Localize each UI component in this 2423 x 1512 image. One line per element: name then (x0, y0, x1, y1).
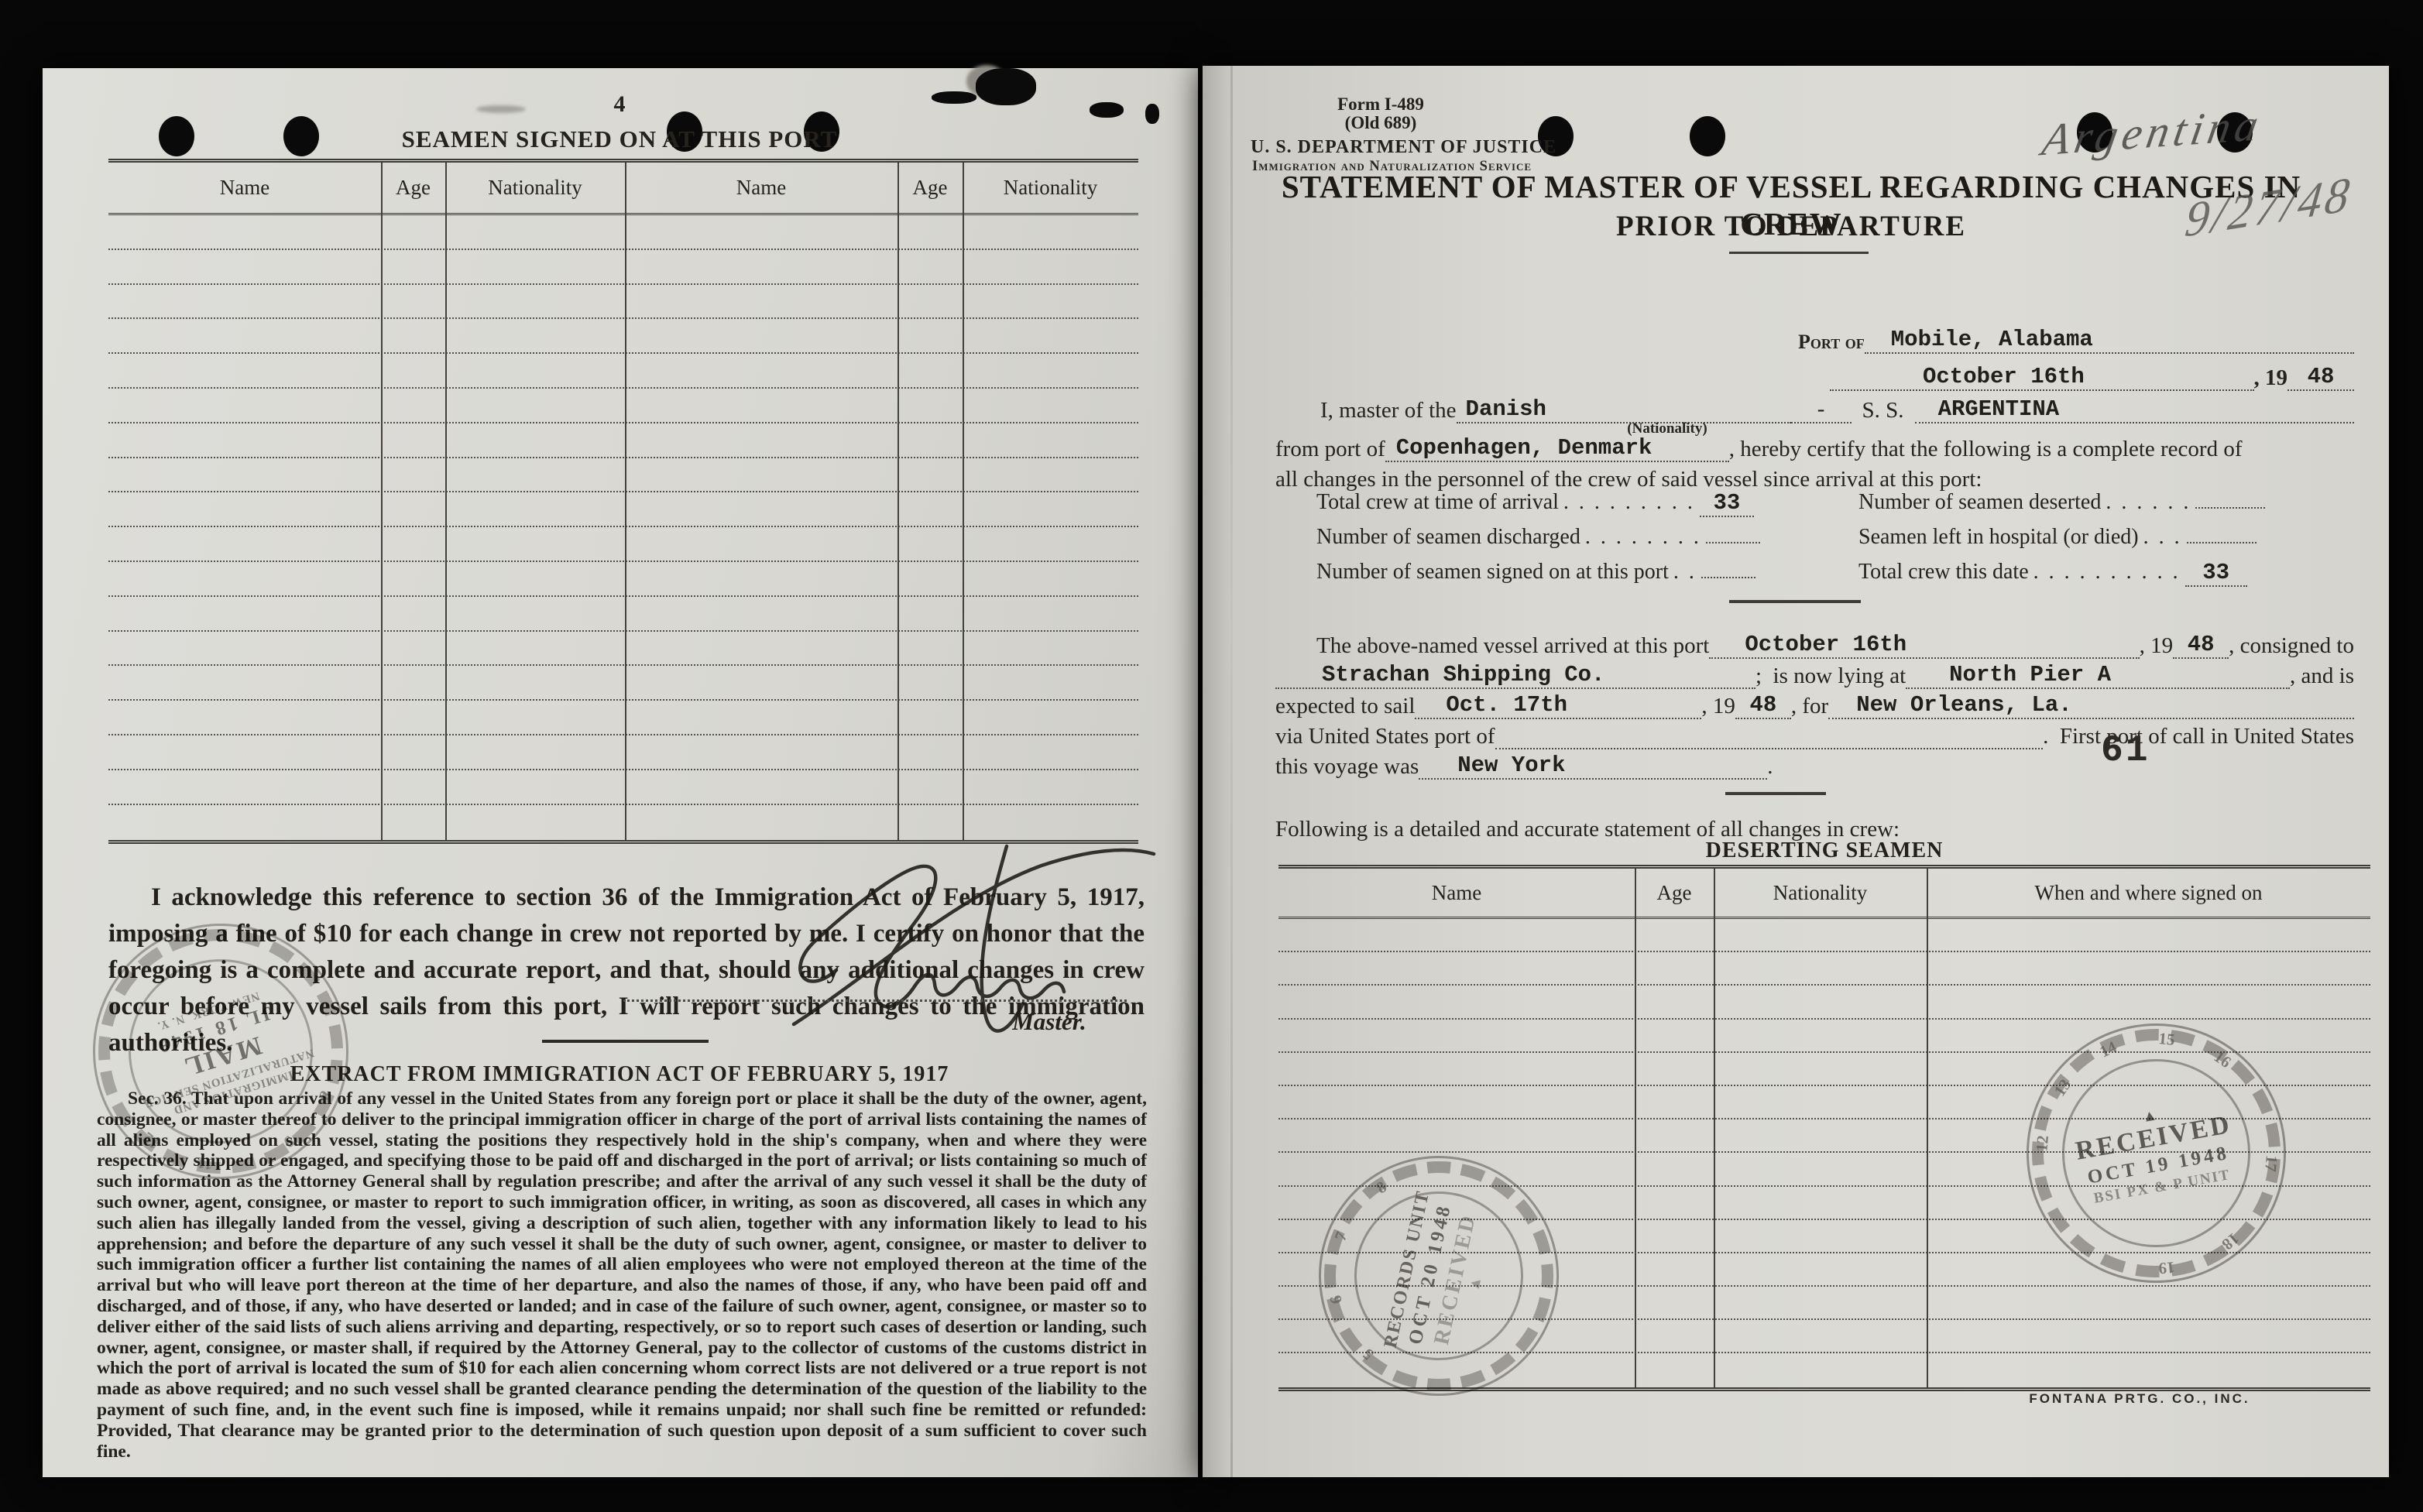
stat-value (1706, 542, 1760, 543)
column-header-name: Name (108, 176, 381, 200)
year-field: 48 (2287, 364, 2354, 391)
section-divider (1729, 600, 1861, 603)
title-divider (1729, 252, 1869, 254)
form-number-line2: (Old 689) (1296, 114, 1466, 132)
leader-dots: . . . . . . . . (1585, 525, 1701, 550)
ss-label: S. S. (1852, 398, 1915, 423)
from-port-label: from port of (1275, 437, 1385, 462)
dial-number: 12 (2032, 1134, 2053, 1152)
arrival-suffix: , consigned to (2229, 633, 2354, 659)
signature-line (623, 999, 1127, 1002)
stamp-arrow-icon: ▲ (2141, 1109, 2158, 1123)
from-port-line: from port of Copenhagen, Denmark , hereb… (1275, 430, 2354, 462)
master-label: Master. (933, 1008, 1165, 1036)
lying-at-label: ; is now lying at (1755, 663, 1906, 689)
crew-statistics: Total crew at time of arrival . . . . . … (1316, 490, 2294, 595)
empty-table-row (108, 770, 1138, 805)
column-header-name: Name (1278, 881, 1635, 905)
stat-signed-on: Number of seamen signed on at this port … (1316, 560, 1816, 595)
empty-table-row (108, 285, 1138, 320)
year-field: 48 (1735, 692, 1791, 719)
table-body (108, 215, 1138, 839)
empty-table-row (1278, 986, 2370, 1019)
arrival-line-5: this voyage was New York . (1275, 749, 1895, 780)
page-fold-crease (1230, 66, 1233, 1477)
form-title-line2: PRIOR TO DEPARTURE (1234, 210, 2349, 243)
year-label: , 19 (2254, 365, 2288, 391)
empty-table-row (108, 354, 1138, 389)
page-number: 4 (89, 91, 1150, 118)
column-header-signed-on: When and where signed on (1927, 881, 2370, 905)
column-divider (1635, 869, 1636, 1387)
stat-value: 33 (1700, 490, 1754, 517)
empty-table-row (108, 666, 1138, 701)
stat-value (2187, 542, 2257, 543)
master-line: I, master of the Danish - S. S. ARGENTIN… (1320, 391, 2354, 423)
port-label: Port of (1798, 331, 1865, 354)
stat-label: Seamen left in hospital (or died) (1858, 525, 2139, 550)
leader-dots: . . . . . . . . . . (2033, 560, 2181, 585)
year-label: , 19 (1701, 694, 1735, 719)
stat-value (2195, 507, 2265, 509)
arrival-line-2: Strachan Shipping Co. ; is now lying at … (1275, 658, 2354, 689)
port-field: Mobile, Alabama (1865, 327, 2354, 354)
stat-label: Total crew this date (1858, 560, 2029, 585)
stat-deserted: Number of seamen deserted . . . . . . (1858, 490, 2294, 525)
sail-label: expected to sail (1275, 694, 1415, 719)
leader-dots: . . . (2143, 525, 2182, 550)
nationality-field: Danish (1457, 396, 1791, 423)
port-line: Port of Mobile, Alabama (1798, 321, 2354, 354)
year-field: 48 (2173, 632, 2229, 659)
stamp-arrow-icon: ▲ (1468, 1275, 1482, 1292)
column-header-nationality: Nationality (1714, 881, 1927, 905)
stamped-voyage-number: 61 (2101, 730, 2150, 772)
dash: - (1791, 396, 1852, 423)
seamen-signed-table: Name Age Nationality Name Age Nationalit… (108, 159, 1138, 844)
master-prefix: I, master of the (1320, 398, 1457, 423)
stat-label: Total crew at time of arrival (1316, 490, 1559, 515)
year-label: , 19 (2140, 633, 2174, 659)
dial-number: 17 (2260, 1154, 2281, 1172)
dial-number: 11 (196, 1153, 214, 1174)
vessel-field: ARGENTINA (1915, 396, 2354, 423)
stat-total-arrival: Total crew at time of arrival . . . . . … (1316, 490, 1816, 525)
column-divider (625, 163, 626, 840)
leader-dots: . . . . . . (2106, 490, 2191, 515)
date-line: October 16th , 19 48 (1830, 358, 2354, 391)
column-header-age: Age (897, 176, 963, 200)
column-divider (963, 163, 964, 840)
arrival-suffix: , and is (2290, 663, 2354, 689)
empty-table-row (108, 632, 1138, 667)
empty-table-row (108, 562, 1138, 597)
dial-number: 15 (2157, 1029, 2175, 1050)
from-port-field: Copenhagen, Denmark (1385, 435, 1729, 462)
section-divider (1725, 792, 1826, 795)
empty-table-row (1278, 952, 2370, 986)
empty-table-row (108, 215, 1138, 250)
empty-table-row (108, 250, 1138, 285)
stat-value (1701, 577, 1755, 578)
empty-table-row (108, 423, 1138, 458)
empty-table-row (108, 735, 1138, 770)
column-divider (1927, 869, 1928, 1387)
stat-hospital: Seamen left in hospital (or died) . . . (1858, 525, 2294, 560)
empty-table-row (108, 805, 1138, 840)
arrival-date-field: October 16th (1709, 632, 2139, 659)
empty-table-row (108, 701, 1138, 735)
voyage-label: this voyage was (1275, 754, 1419, 780)
from-port-suffix: , hereby certify that the following is a… (1729, 437, 2243, 462)
form-number-line1: Form I-489 (1296, 95, 1466, 114)
stat-label: Number of seamen deserted (1858, 490, 2101, 515)
right-page: Form I-489 (Old 689) U. S. DEPARTMENT OF… (1203, 66, 2389, 1477)
arrival-line-3: expected to sail Oct. 17th , 19 48 , for… (1275, 688, 2354, 719)
certify-text: all changes in the personnel of the crew… (1275, 467, 1982, 492)
stat-value: 33 (2185, 560, 2247, 587)
column-header-nationality: Nationality (445, 176, 625, 200)
handwritten-vessel-name: Argentina (2038, 98, 2267, 166)
left-page: 4 SEAMEN SIGNED ON AT THIS PORT Name Age… (43, 68, 1198, 1477)
first-port-label: . First port of call in United States (2043, 724, 2354, 749)
department-name: U. S. DEPARTMENT OF JUSTICE (1251, 137, 1556, 158)
certify-line: all changes in the personnel of the crew… (1275, 467, 2354, 492)
empty-table-row (1278, 919, 2370, 952)
empty-table-row (108, 527, 1138, 562)
destination-field: New Orleans, La. (1828, 692, 2354, 719)
column-divider (445, 163, 447, 840)
first-port-field: New York (1419, 753, 1767, 780)
deserting-seamen-heading: DESERTING SEAMEN (1278, 838, 2370, 863)
period: . (1767, 754, 1773, 780)
empty-table-row (108, 492, 1138, 527)
leader-dots: . . . . . . . . . (1563, 490, 1695, 515)
arrival-line-1: The above-named vessel arrived at this p… (1316, 628, 2354, 659)
column-divider (897, 163, 899, 840)
column-header-age: Age (1635, 881, 1714, 905)
stat-label: Number of seamen signed on at this port (1316, 560, 1669, 585)
stat-total-today: Total crew this date . . . . . . . . . .… (1858, 560, 2294, 595)
printer-credit: FONTANA PRTG. CO., INC. (1977, 1391, 2302, 1407)
empty-table-row (108, 389, 1138, 423)
punch-hole (1690, 116, 1725, 156)
date-field: October 16th (1830, 364, 2254, 391)
column-divider (1714, 869, 1715, 1387)
consignee-field: Strachan Shipping Co. (1275, 662, 1755, 689)
arrival-line-4: via United States port of . First port o… (1275, 718, 2354, 749)
seamen-signed-heading: SEAMEN SIGNED ON AT THIS PORT (89, 125, 1150, 153)
arrival-prefix: The above-named vessel arrived at this p… (1316, 633, 1709, 659)
empty-table-row (108, 597, 1138, 632)
empty-table-row (108, 319, 1138, 354)
dial-number: 19 (2157, 1257, 2175, 1278)
empty-table-row (108, 458, 1138, 493)
column-header-nationality: Nationality (963, 176, 1138, 200)
stat-discharged: Number of seamen discharged . . . . . . … (1316, 525, 1816, 560)
stat-label: Number of seamen discharged (1316, 525, 1580, 550)
form-number: Form I-489 (Old 689) (1296, 95, 1466, 132)
for-label: , for (1791, 694, 1828, 719)
sail-date-field: Oct. 17th (1415, 692, 1701, 719)
pier-field: North Pier A (1906, 662, 2290, 689)
via-label: via United States port of (1275, 724, 1495, 749)
column-header-name: Name (625, 176, 897, 200)
column-divider (381, 163, 383, 840)
section-divider (542, 1040, 709, 1043)
column-header-age: Age (381, 176, 445, 200)
leader-dots: . . (1673, 560, 1697, 585)
